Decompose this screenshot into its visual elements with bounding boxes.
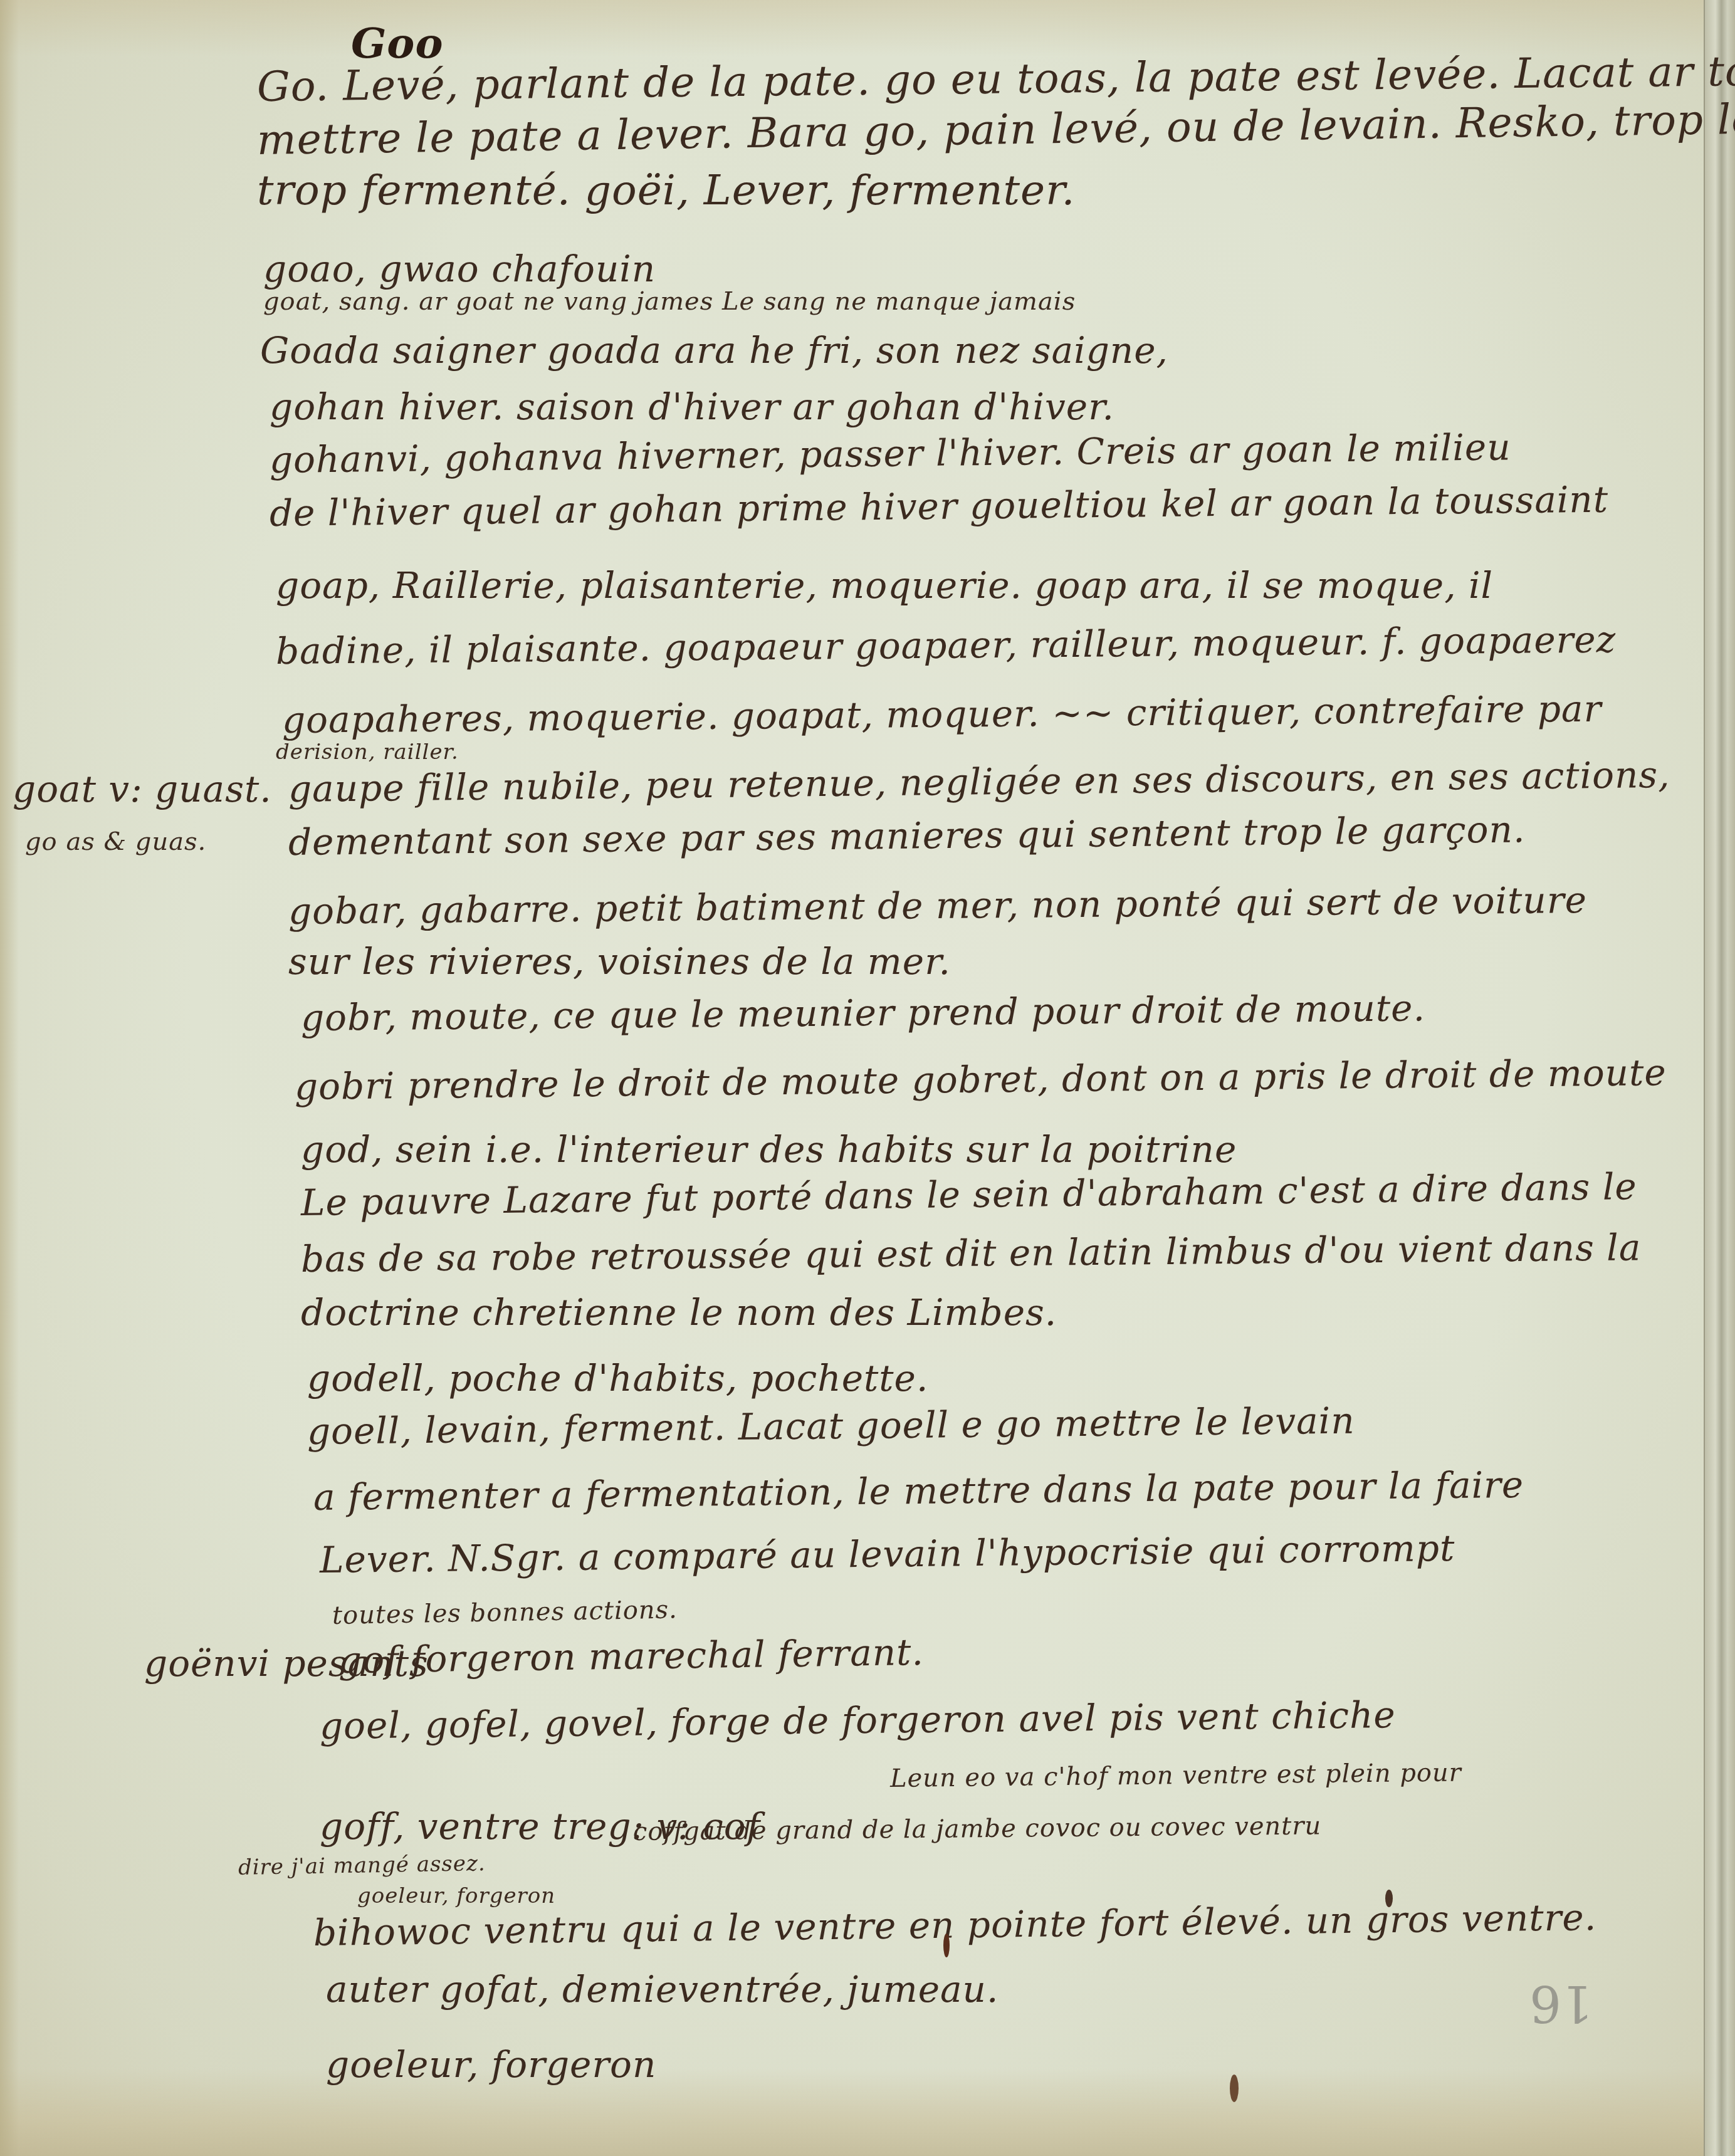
entry-line-19: gobri prendre le droit de moute gobret, … — [295, 1051, 1667, 1108]
entry-line-5: goat, sang. ar goat ne vang james Le san… — [263, 287, 1076, 316]
entry-line-7: gohan hiver. saison d'hiver ar gohan d'h… — [270, 385, 1114, 428]
entry-line-14: gaupe fille nubile, peu retenue, negligé… — [288, 753, 1670, 810]
entry-line-12: goapaheres, moquerie. goapat, moquer. ~~… — [282, 688, 1602, 741]
entry-line-27: Lever. N.Sgr. a comparé au levain l'hypo… — [320, 1527, 1455, 1581]
book-binding — [1704, 0, 1735, 2156]
entry-line-23: doctrine chretienne le nom des Limbes. — [301, 1291, 1057, 1334]
entry-line-10: goap, Raillerie, plaisanterie, moquerie.… — [276, 564, 1493, 607]
entry-line-9: de l'hiver quel ar gohan prime hiver gou… — [270, 478, 1609, 535]
ink-spot — [1385, 1890, 1393, 1907]
entry-line-6: Goada saigner goada ara he fri, son nez … — [260, 329, 1168, 372]
entry-line-16: gobar, gabarre. petit batiment de mer, n… — [288, 879, 1587, 933]
entry-line-11: badine, il plaisante. goapaeur goapaer, … — [276, 618, 1617, 672]
entry-line-33: coffgat de grand de la jambe covoc ou co… — [633, 1811, 1322, 1846]
entry-line-26: a fermenter a fermentation, le mettre da… — [313, 1463, 1524, 1519]
entry-line-15: dementant son sexe par ses manieres qui … — [288, 808, 1526, 864]
entry-line-8: gohanvi, gohanva hiverner, passer l'hive… — [270, 426, 1511, 481]
entry-line-25: goell, levain, ferment. Lacat goell e go… — [307, 1399, 1355, 1453]
entry-line-24: godell, poche d'habits, pochette. — [307, 1357, 928, 1400]
margin-note-3: goënvi pesants — [144, 1642, 429, 1685]
manuscript-page: Goo Go. Levé, parlant de la pate. go eu … — [0, 0, 1735, 2156]
entry-line-21: Le pauvre Lazare fut porté dans le sein … — [301, 1165, 1637, 1224]
page-left-edge — [0, 0, 19, 2156]
entry-line-35: goeleur, forgeron — [357, 1883, 555, 1908]
entry-line-18: gobr, moute, ce que le meunier prend pou… — [301, 986, 1426, 1039]
entry-line-4: goao, gwao chafouin — [263, 248, 656, 290]
ink-spot — [943, 1934, 950, 1957]
entry-line-17: sur les rivieres, voisines de la mer. — [288, 940, 951, 983]
paper-stain-top — [0, 0, 1705, 56]
entry-line-13: derision, railler. — [276, 740, 459, 765]
entry-line-20: god, sein i.e. l'interieur des habits su… — [301, 1128, 1237, 1171]
margin-note-2: go as & guas. — [25, 827, 206, 856]
entry-line-22: bas de sa robe retroussée qui est dit en… — [301, 1226, 1642, 1280]
entry-line-3: trop fermenté. goëi, Lever, fermenter. — [257, 166, 1075, 214]
margin-note-1: goat v: guast. — [13, 768, 272, 810]
entry-line-34: dire j'ai mangé assez. — [238, 1851, 486, 1880]
entry-line-38: goeleur, forgeron — [326, 2043, 656, 2086]
ink-spot — [1230, 2075, 1239, 2102]
entry-line-31: Leun eo va c'hof mon ventre est plein po… — [890, 1758, 1462, 1793]
paper-stain-bottom — [0, 2068, 1705, 2156]
entry-line-30: goel, gofel, govel, forge de forgeron av… — [320, 1693, 1396, 1747]
entry-line-28: toutes les bonnes actions. — [332, 1595, 678, 1630]
page-number: 16 — [1529, 1974, 1593, 2033]
entry-line-37: auter gofat, demieventrée, jumeau. — [326, 1968, 999, 2011]
